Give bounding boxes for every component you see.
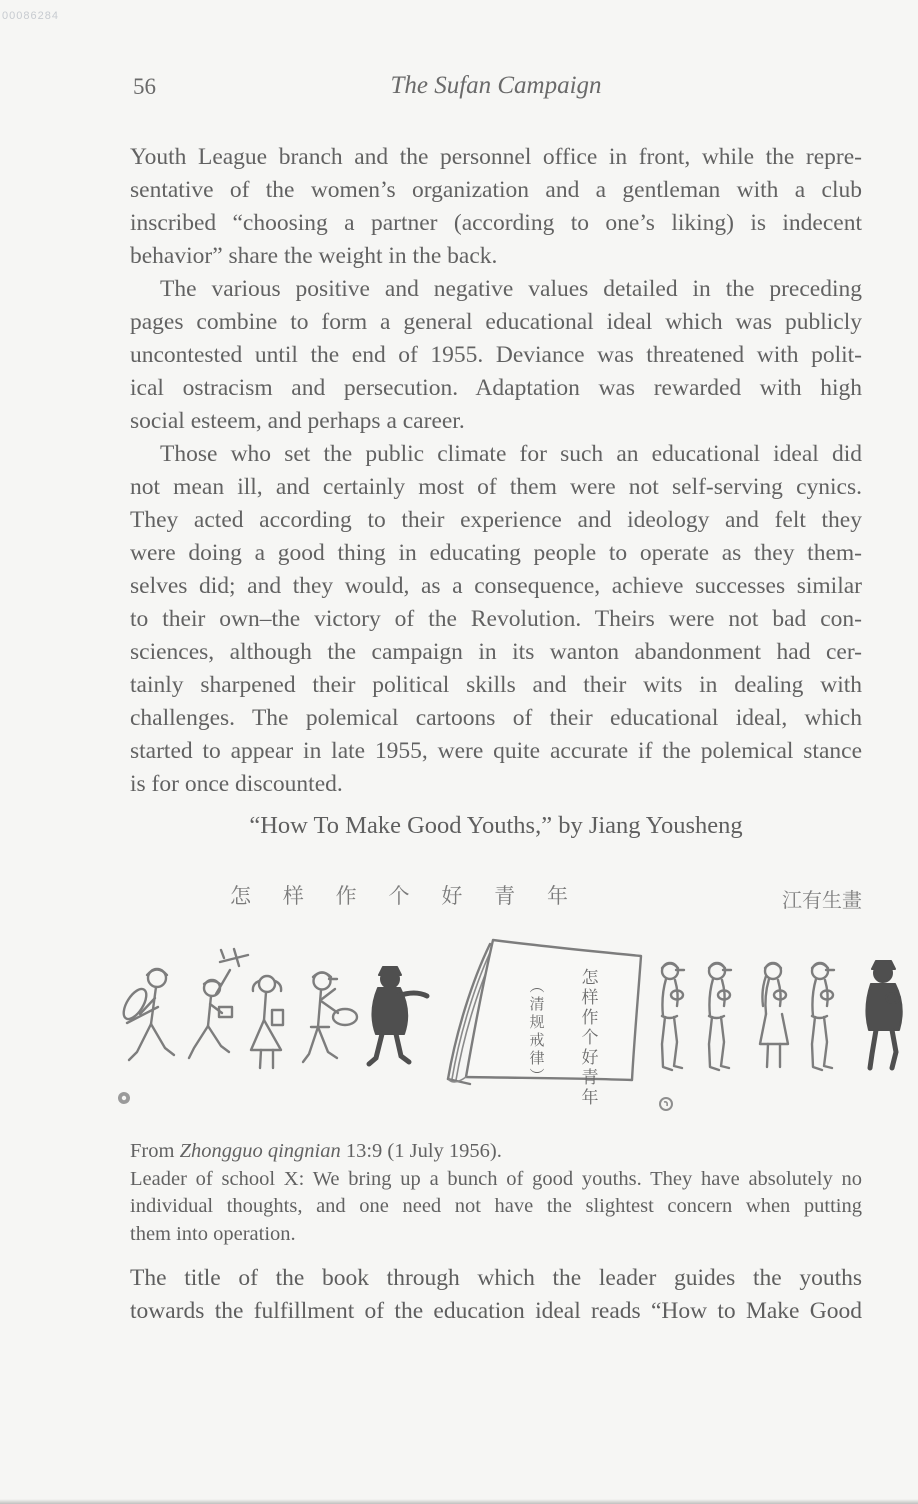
text-line: not mean ill, and certainly most of them… [130, 471, 862, 504]
caption-source-suffix: 13:9 (1 July 1956). [341, 1140, 502, 1162]
closing-paragraph: The title of the book through which the … [130, 1262, 862, 1328]
text-line: Leader of school X: We bring up a bunch … [130, 1166, 862, 1194]
text-line: sentative of the women’s organization an… [130, 174, 862, 207]
text-line: The title of the book through which the … [130, 1262, 862, 1295]
text-line: tainly sharpened their political skills … [130, 669, 862, 702]
text-line: towards the fulfillment of the education… [130, 1295, 862, 1328]
artist-mark-right-icon [660, 1098, 672, 1110]
book-tent: 怎样作个好青年 （清规戒律） [448, 940, 641, 1108]
running-title: The Sufan Campaign [130, 70, 862, 100]
text-line: them into operation. [130, 1221, 862, 1249]
text-line: inscribed “choosing a partner (according… [130, 207, 862, 240]
figure-man-with-violin [119, 969, 174, 1060]
figure-girl-with-book [251, 976, 283, 1068]
text-line: They acted according to their experience… [130, 504, 862, 537]
text-line: behavior” share the weight in the back. [130, 240, 862, 273]
caption-source-prefix: From [130, 1140, 180, 1162]
figure-heading: “How To Make Good Youths,” by Jiang Yous… [130, 812, 862, 840]
figure-boy-with-airplane [189, 949, 248, 1058]
paragraph: The various positive and negative values… [130, 273, 862, 438]
marching-youth-1 [662, 963, 684, 1070]
text-line: were doing a good thing in educating peo… [130, 537, 862, 570]
text-line: Youth League branch and the personnel of… [130, 141, 862, 174]
text-line: challenges. The polemical cartoons of th… [130, 702, 862, 735]
cartoon-title-chinese: 怎 样 作 个 好 青 年 [230, 880, 581, 910]
marching-youth-girl [760, 963, 788, 1067]
caption-source-line: From Zhongguo qingnian 13:9 (1 July 1956… [130, 1138, 862, 1166]
text-line: ical ostracism and persecution. Adaptati… [130, 372, 862, 405]
book-page: 00086284 56 The Sufan Campaign Youth Lea… [0, 0, 918, 1504]
caption-text: Leader of school X: We bring up a bunch … [130, 1166, 862, 1249]
caption-source-title: Zhongguo qingnian [180, 1140, 341, 1162]
body-text: Youth League branch and the personnel of… [130, 141, 862, 801]
text-line: sciences, although the campaign in its w… [130, 636, 862, 669]
text-line: Those who set the public climate for suc… [130, 438, 862, 471]
figure-dark-man-gesturing [369, 967, 427, 1064]
artist-signature-chinese: 江有生畫 [782, 884, 862, 913]
text-line: The various positive and negative values… [130, 273, 862, 306]
text-line: pages combine to form a general educatio… [130, 306, 862, 339]
artist-mark-left-icon [118, 1092, 130, 1104]
text-line: uncontested until the end of 1955. Devia… [130, 339, 862, 372]
text-line: individual thoughts, and one need not ha… [130, 1193, 862, 1221]
marching-dark-man [866, 961, 901, 1068]
text-line: selves did; and they would, as a consequ… [130, 570, 862, 603]
text-line: social esteem, and perhaps a career. [130, 405, 862, 438]
cartoon-svg: 怎样作个好青年 （清规戒律） [100, 926, 918, 1126]
marching-youth-4 [812, 963, 834, 1070]
page-header: 56 The Sufan Campaign [130, 70, 862, 106]
figure-caption: From Zhongguo qingnian 13:9 (1 July 1956… [130, 1138, 862, 1248]
text-line: to their own–the victory of the Revoluti… [130, 603, 862, 636]
page-number: 56 [133, 74, 156, 100]
marching-youth-2 [709, 963, 731, 1070]
scan-number: 00086284 [2, 10, 59, 22]
text-line: started to appear in late 1955, were qui… [130, 735, 862, 768]
cartoon-illustration: 怎样作个好青年 （清规戒律） [100, 926, 918, 1126]
cartoon-title-row: 怎 样 作 个 好 青 年 江有生畫 [130, 876, 862, 916]
paragraph: Youth League branch and the personnel of… [130, 141, 862, 273]
text-line: is for once discounted. [130, 768, 862, 801]
paragraph: Those who set the public climate for suc… [130, 438, 862, 801]
figure-man-with-palette [303, 973, 357, 1063]
book-cover-text: 怎样作个好青年 [579, 968, 599, 1108]
book-cover-subtext: （清规戒律） [528, 978, 545, 1086]
